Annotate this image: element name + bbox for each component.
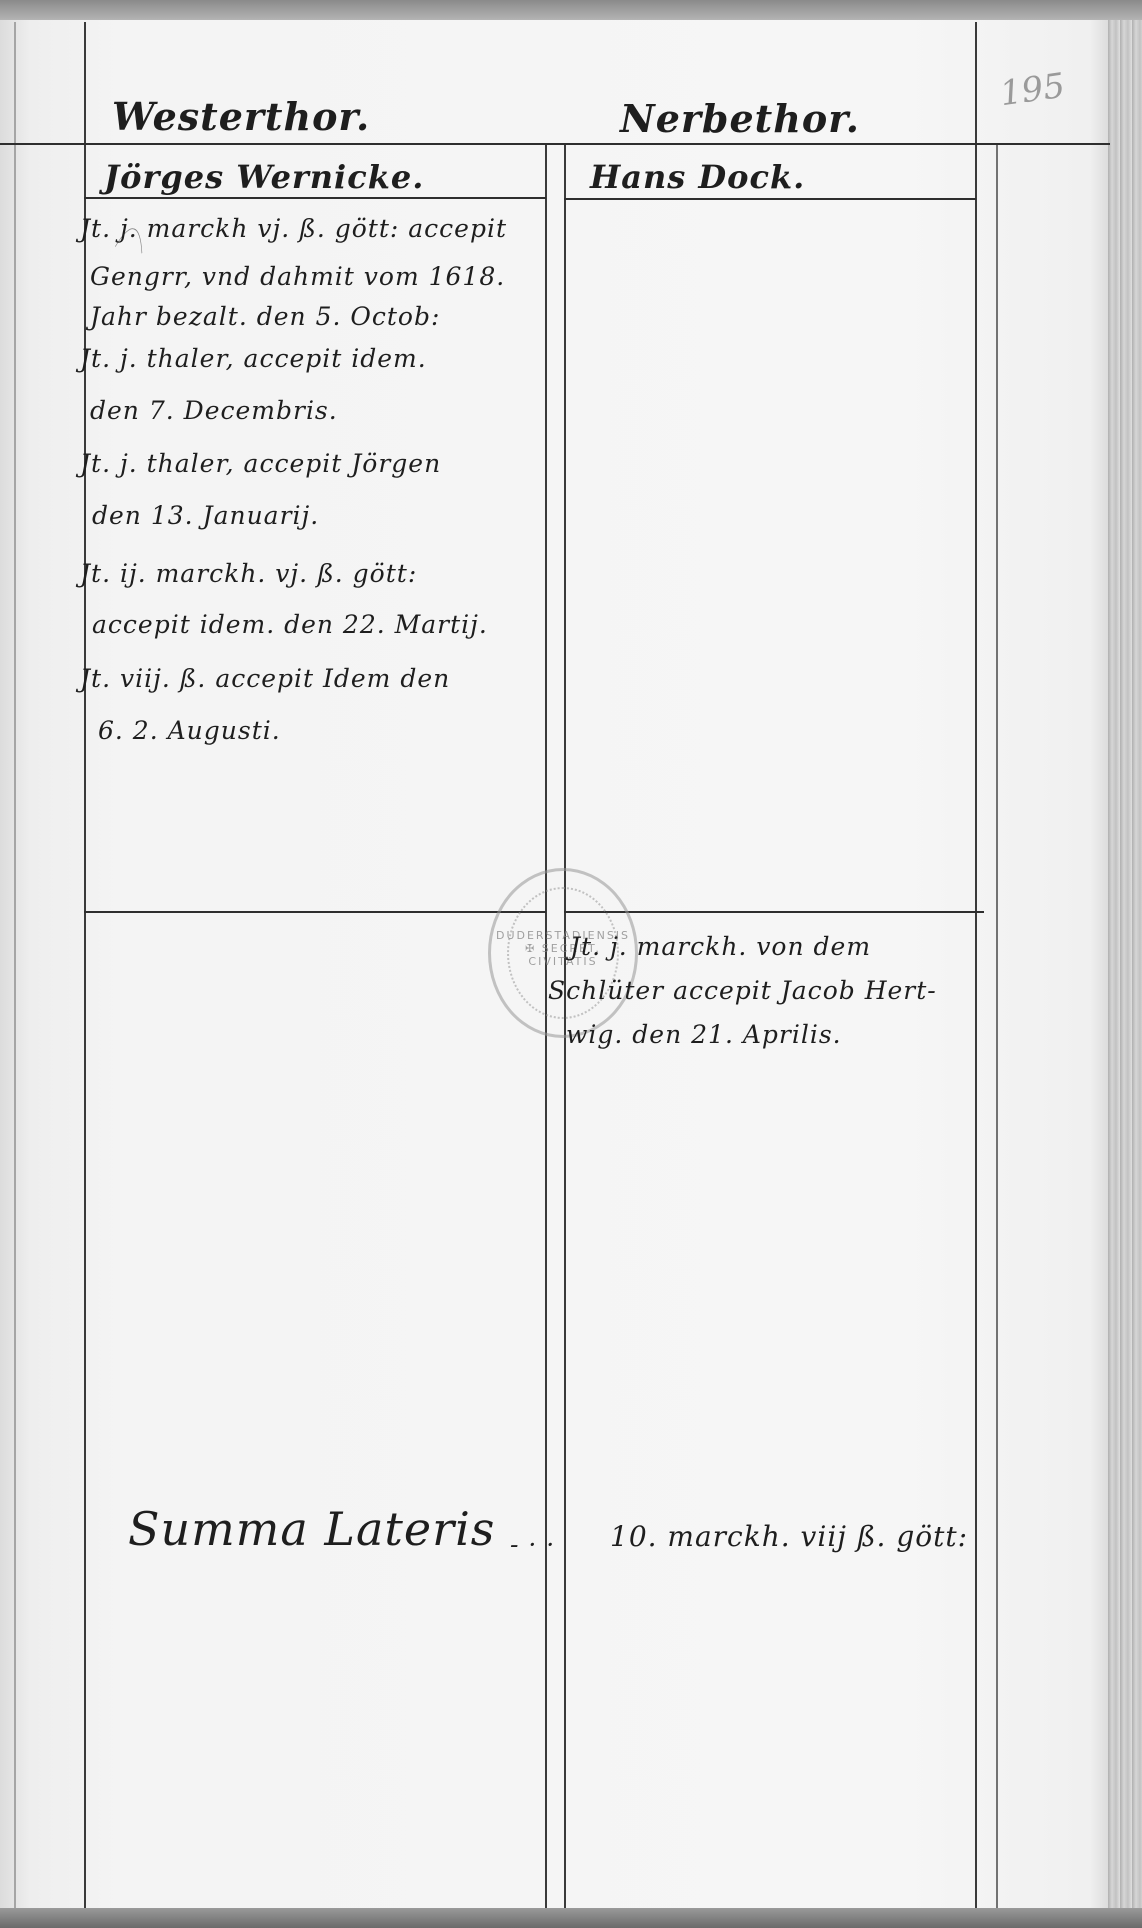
- gate-heading-westerthor: Westerthor.: [112, 94, 370, 139]
- entry-line: Jahr bezalt. den 5. Octob:: [90, 298, 440, 336]
- entry-line: den 7. Decembris.: [90, 392, 338, 430]
- entry-line: Gengrr, vnd dahmit vom 1618.: [90, 258, 505, 296]
- summa-lateris-label: Summa Lateris: [128, 1502, 495, 1556]
- header-rule: [0, 143, 1110, 145]
- entry-line: Jt. j. thaler, accepit Jörgen: [80, 445, 441, 483]
- gate-heading-nerbethor: Nerbethor.: [620, 96, 860, 141]
- book-top-edge: [0, 0, 1142, 22]
- right-margin-rule: [975, 22, 977, 1908]
- keeper-name-left: Jörges Wernicke.: [104, 158, 424, 196]
- entry-line: Jt. j. marckh. von dem: [570, 928, 871, 966]
- entry-line: Jt. ij. marckh. vj. ß. gött:: [80, 555, 417, 593]
- keeper-name-right: Hans Dock.: [590, 158, 805, 196]
- entry-line: 6. 2. Augusti.: [98, 712, 281, 750]
- entry-line: accepit idem. den 22. Martij.: [92, 606, 488, 644]
- gutter-fold: [14, 22, 16, 1908]
- entry-line: Jt. viij. ß. accepit Idem den: [80, 660, 450, 698]
- name-row-rule-left: [84, 197, 546, 199]
- mid-page-rule-left: [84, 911, 546, 913]
- left-margin-rule: [84, 22, 86, 1908]
- summa-lateris-value: 10. marckh. viij ß. gött:: [610, 1520, 968, 1553]
- summa-separator: - · ·: [510, 1526, 555, 1564]
- name-row-rule-right: [564, 198, 976, 200]
- entry-line: Jt. j. marckh vj. ß. gött: accepit: [80, 210, 507, 248]
- entry-line: wig. den 21. Aprilis.: [566, 1016, 842, 1054]
- entry-line: den 13. Januarij.: [92, 497, 319, 535]
- right-column-rule: [996, 143, 998, 1908]
- entry-line: Schlüter accepit Jacob Hert-: [548, 972, 937, 1010]
- book-bottom-edge: [0, 1908, 1142, 1928]
- book-page-edges: [1108, 20, 1142, 1910]
